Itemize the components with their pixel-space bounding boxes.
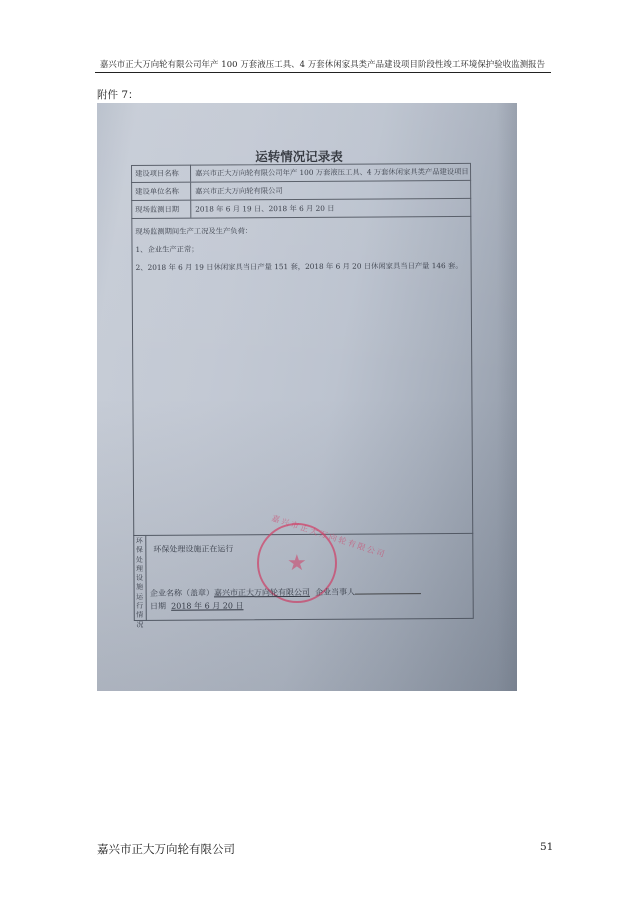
company-seal-label: 企业名称（盖章） [150,588,214,597]
date-value: 2018 年 6 月 20 日 [171,601,243,610]
env-label-char: 环 [133,537,145,546]
paper-edge-shadow [497,103,517,691]
party-label: 企业当事人 [315,588,355,597]
attachment-label: 附件 7： [97,87,139,102]
env-label-char: 运 [134,593,146,602]
scanned-form-photo: 运转情况记录表 建设项目名称 嘉兴市正大万向轮有限公司年产 100 万套液压工具… [97,103,517,691]
production-heading: 现场监测期间生产工况及生产负荷： [135,221,462,241]
env-label-char: 处 [133,556,145,565]
production-item: 2、2018 年 6 月 19 日休闲家具当日产量 151 套，2018 年 6… [136,257,463,277]
env-label-char: 情 [134,611,146,620]
party-signature-line [355,585,421,594]
production-item: 1、企业生产正常； [135,239,462,259]
row-label: 建设单位名称 [131,183,191,200]
table-row-monitor-date: 现场监测日期 2018 年 6 月 19 日、2018 年 6 月 20 日 [131,199,471,219]
footer-company: 嘉兴市正大万向轮有限公司 [97,841,235,857]
table-row-unit-name: 建设单位名称 嘉兴市正大万向轮有限公司 [131,181,471,201]
row-value: 2018 年 6 月 19 日、2018 年 6 月 20 日 [195,204,334,215]
env-label-char: 施 [134,583,146,592]
star-icon: ★ [287,551,307,576]
env-label-char: 理 [133,565,145,574]
company-seal-value: 嘉兴市正大万向轮有限公司 [214,588,310,598]
env-facility-status: 环保处理设施正在运行 [153,543,233,554]
row-value: 嘉兴市正大万向轮有限公司年产 100 万套液压工具、4 万套休闲家具类产品建设项… [195,167,469,179]
row-label: 建设项目名称 [131,165,191,182]
report-header: 嘉兴市正大万向轮有限公司年产 100 万套液压工具、4 万套休闲家具类产品建设项… [95,58,550,70]
env-facility-label: 环保处理设施运行情况 [133,536,147,621]
env-label-char: 况 [134,621,146,630]
row-value: 嘉兴市正大万向轮有限公司 [195,186,283,197]
page-number: 51 [540,841,553,853]
table-row-project-name: 建设项目名称 嘉兴市正大万向轮有限公司年产 100 万套液压工具、4 万套休闲家… [131,163,471,183]
env-label-char: 保 [133,546,145,555]
signature-block: 企业名称（盖章）嘉兴市正大万向轮有限公司 企业当事人 日期 2018 年 6 月… [150,585,421,612]
header-divider [95,72,551,73]
row-label: 现场监测日期 [131,201,191,218]
date-label: 日期 [150,602,166,611]
production-section: 现场监测期间生产工况及生产负荷： 1、企业生产正常； 2、2018 年 6 月 … [135,221,462,277]
